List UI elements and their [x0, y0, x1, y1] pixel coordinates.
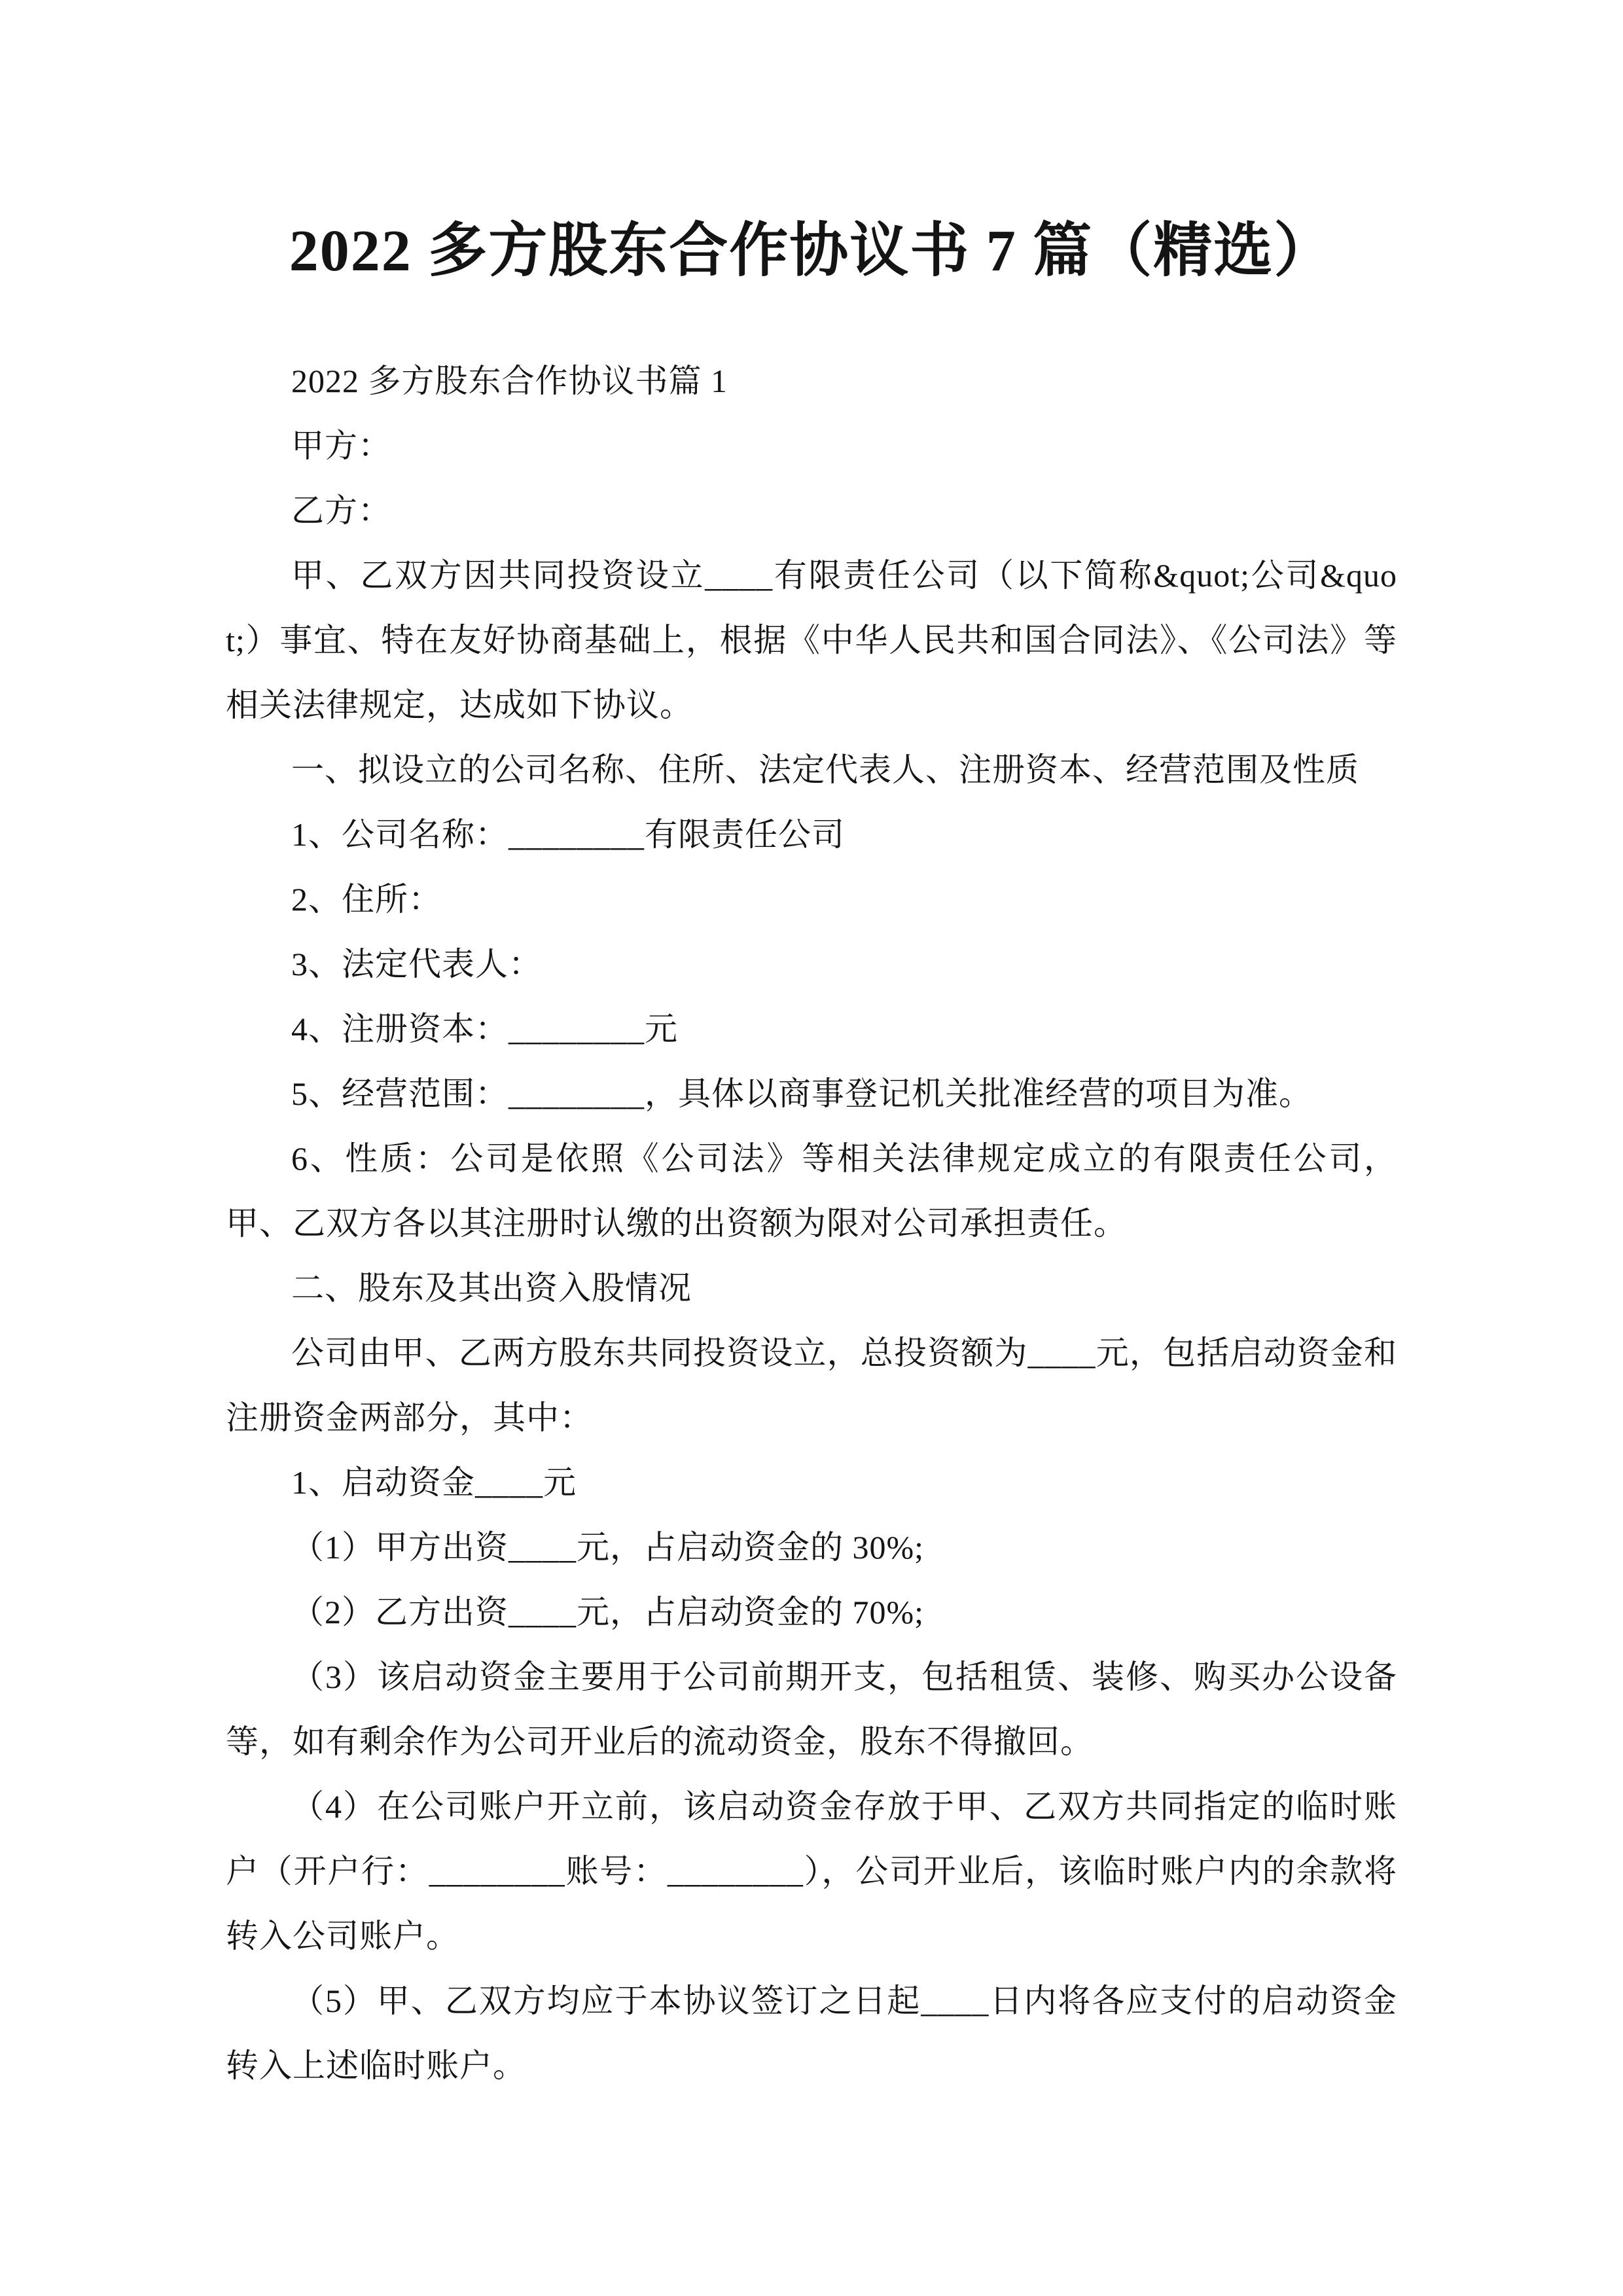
- paragraph-party-a: 甲方：: [226, 414, 1397, 478]
- document-title: 2022 多方股东合作协议书 7 篇（精选）: [196, 219, 1427, 283]
- paragraph-section-2-heading: 二、股东及其出资入股情况: [226, 1256, 1397, 1321]
- paragraph-fund-party-b: （2）乙方出资____元，占启动资金的 70%;: [226, 1580, 1397, 1645]
- paragraph-temp-account: （4）在公司账户开立前，该启动资金存放于甲、乙双方共同指定的临时账户（开户行：_…: [226, 1774, 1397, 1969]
- paragraph-subtitle: 2022 多方股东合作协议书篇 1: [226, 349, 1397, 414]
- paragraph-fund-usage: （3）该启动资金主要用于公司前期开支，包括租赁、装修、购买办公设备等，如有剩余作…: [226, 1645, 1397, 1774]
- paragraph-item-nature: 6、性质：公司是依照《公司法》等相关法律规定成立的有限责任公司，甲、乙双方各以其…: [226, 1126, 1397, 1256]
- paragraph-item-legal-rep: 3、法定代表人：: [226, 932, 1397, 997]
- paragraph-item-business-scope: 5、经营范围：________，具体以商事登记机关批准经营的项目为准。: [226, 1062, 1397, 1126]
- paragraph-investment-overview: 公司由甲、乙两方股东共同投资设立，总投资额为____元，包括启动资金和注册资金两…: [226, 1321, 1397, 1450]
- paragraph-preamble: 甲、乙双方因共同投资设立____有限责任公司（以下简称&quot;公司&quot…: [226, 543, 1397, 738]
- document-page: 2022 多方股东合作协议书 7 篇（精选） 2022 多方股东合作协议书篇 1…: [0, 0, 1623, 2296]
- paragraph-party-b: 乙方：: [226, 478, 1397, 543]
- paragraph-payment-deadline: （5）甲、乙双方均应于本协议签订之日起____日内将各应支付的启动资金转入上述临…: [226, 1969, 1397, 2098]
- paragraph-fund-party-a: （1）甲方出资____元，占启动资金的 30%;: [226, 1515, 1397, 1580]
- paragraph-startup-fund: 1、启动资金____元: [226, 1450, 1397, 1515]
- paragraph-item-address: 2、住所：: [226, 867, 1397, 932]
- paragraph-section-1-heading: 一、拟设立的公司名称、住所、法定代表人、注册资本、经营范围及性质: [226, 738, 1397, 802]
- document-body: 2022 多方股东合作协议书篇 1 甲方： 乙方： 甲、乙双方因共同投资设立__…: [226, 349, 1397, 2098]
- paragraph-item-company-name: 1、公司名称：________有限责任公司: [226, 802, 1397, 867]
- paragraph-item-capital: 4、注册资本：________元: [226, 997, 1397, 1062]
